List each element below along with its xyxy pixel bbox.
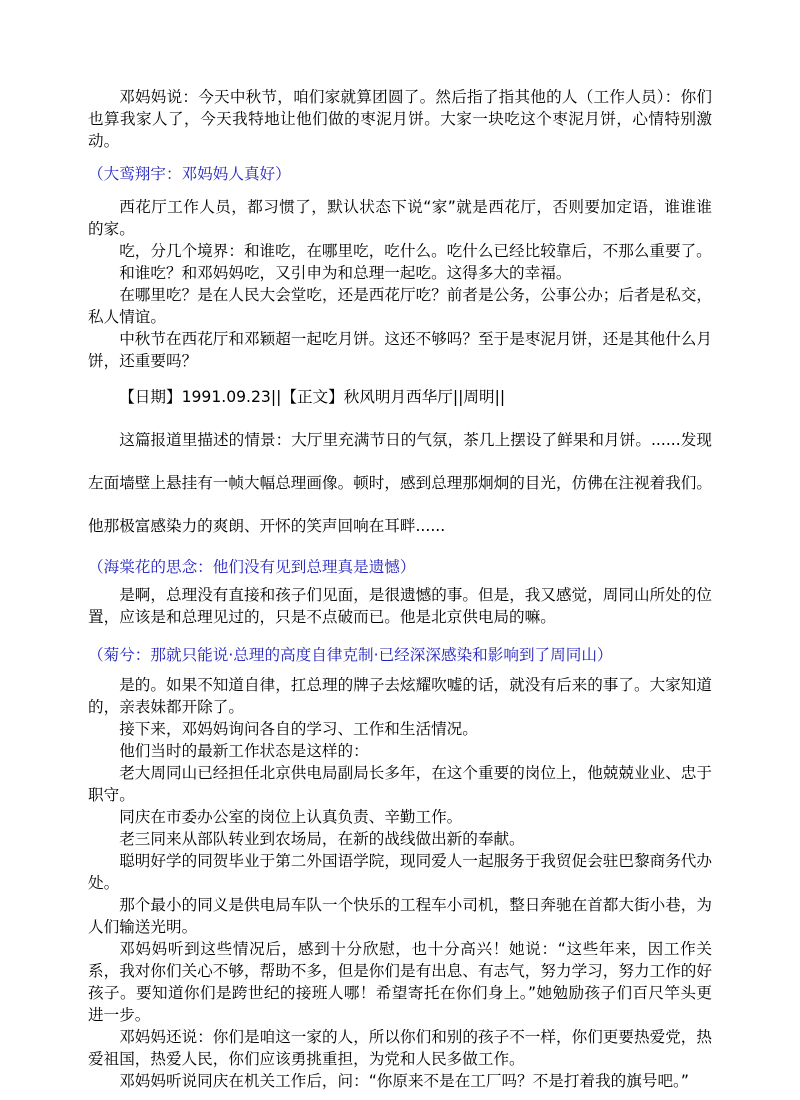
paragraph: 和谁吃？和邓妈妈吃，又引申为和总理一起吃。这得多大的幸福。 <box>88 262 712 284</box>
paragraph: 那个最小的同义是供电局车队一个快乐的工程车小司机，整日奔驰在首都大街小巷，为人们… <box>88 894 712 938</box>
document-body: 邓妈妈说：今天中秋节，咱们家就算团圆了。然后指了指其他的人（工作人员）：你们也算… <box>0 0 800 1100</box>
paragraph: 是的。如果不知道自律，扛总理的牌子去炫耀吹嘘的话，就没有后来的事了。大家知道的，… <box>88 674 712 718</box>
paragraph: 是啊，总理没有直接和孩子们见面，是很遗憾的事。但是，我又感觉，周同山所处的位置，… <box>88 584 712 628</box>
paragraph: 接下来，邓妈妈询问各自的学习、工作和生活情况。 <box>88 718 712 740</box>
paragraph: 老大周同山已经担任北京供电局副局长多年，在这个重要的岗位上，他兢兢业业、忠于职守… <box>88 762 712 806</box>
paragraph: 他们当时的最新工作状态是这样的： <box>88 740 712 762</box>
paragraph: 聪明好学的同贺毕业于第二外国语学院，现同爱人一起服务于我贸促会驻巴黎商务代办处。 <box>88 850 712 894</box>
paragraph: 邓妈妈听说同庆在机关工作后，问：“你原来不是在工厂吗？不是打着我的旗号吧。” <box>88 1070 712 1092</box>
paragraph: 西花厅工作人员，都习惯了，默认状态下说“家”就是西花厅，否则要加定语，谁谁谁的家… <box>88 196 712 240</box>
reader-comment: （大鸾翔宇：邓妈妈人真好） <box>88 163 712 185</box>
reader-comment: （海棠花的思念：他们没有见到总理真是遗憾） <box>88 556 712 578</box>
paragraph: 邓妈妈听到这些情况后，感到十分欣慰，也十分高兴！她说：“这些年来，因工作关系，我… <box>88 938 712 1026</box>
paragraph: 在哪里吃？是在人民大会堂吃，还是西花厅吃？前者是公务，公事公办；后者是私交，私人… <box>88 284 712 328</box>
reader-comment: （菊兮：那就只能说·总理的高度自律克制·已经深深感染和影响到了周同山） <box>88 644 712 666</box>
paragraph: 吃，分几个境界：和谁吃，在哪里吃，吃什么。吃什么已经比较靠后，不那么重要了。 <box>88 240 712 262</box>
paragraph: 同庆在市委办公室的岗位上认真负责、辛勤工作。 <box>88 806 712 828</box>
paragraph: 邓妈妈还说：你们是咱这一家的人，所以你们和别的孩子不一样，你们更要热爱党，热爱祖… <box>88 1026 712 1070</box>
document-page: 邓妈妈说：今天中秋节，咱们家就算团圆了。然后指了指其他的人（工作人员）：你们也算… <box>0 0 800 1100</box>
paragraph: 老三同来从部队转业到农场局，在新的战线做出新的奉献。 <box>88 828 712 850</box>
quoted-report-excerpt: 这篇报道里描述的情景：大厅里充满节日的气氛，茶几上摆设了鲜果和月饼。......… <box>88 419 712 548</box>
date-title-line: 【日期】1991.09.23||【正文】秋风明月西华厅||周明|| <box>88 386 712 408</box>
paragraph: 中秋节在西花厅和邓颖超一起吃月饼。这还不够吗？至于是枣泥月饼，还是其他什么月饼，… <box>88 328 712 372</box>
paragraph: 邓妈妈说：今天中秋节，咱们家就算团圆了。然后指了指其他的人（工作人员）：你们也算… <box>88 86 712 152</box>
